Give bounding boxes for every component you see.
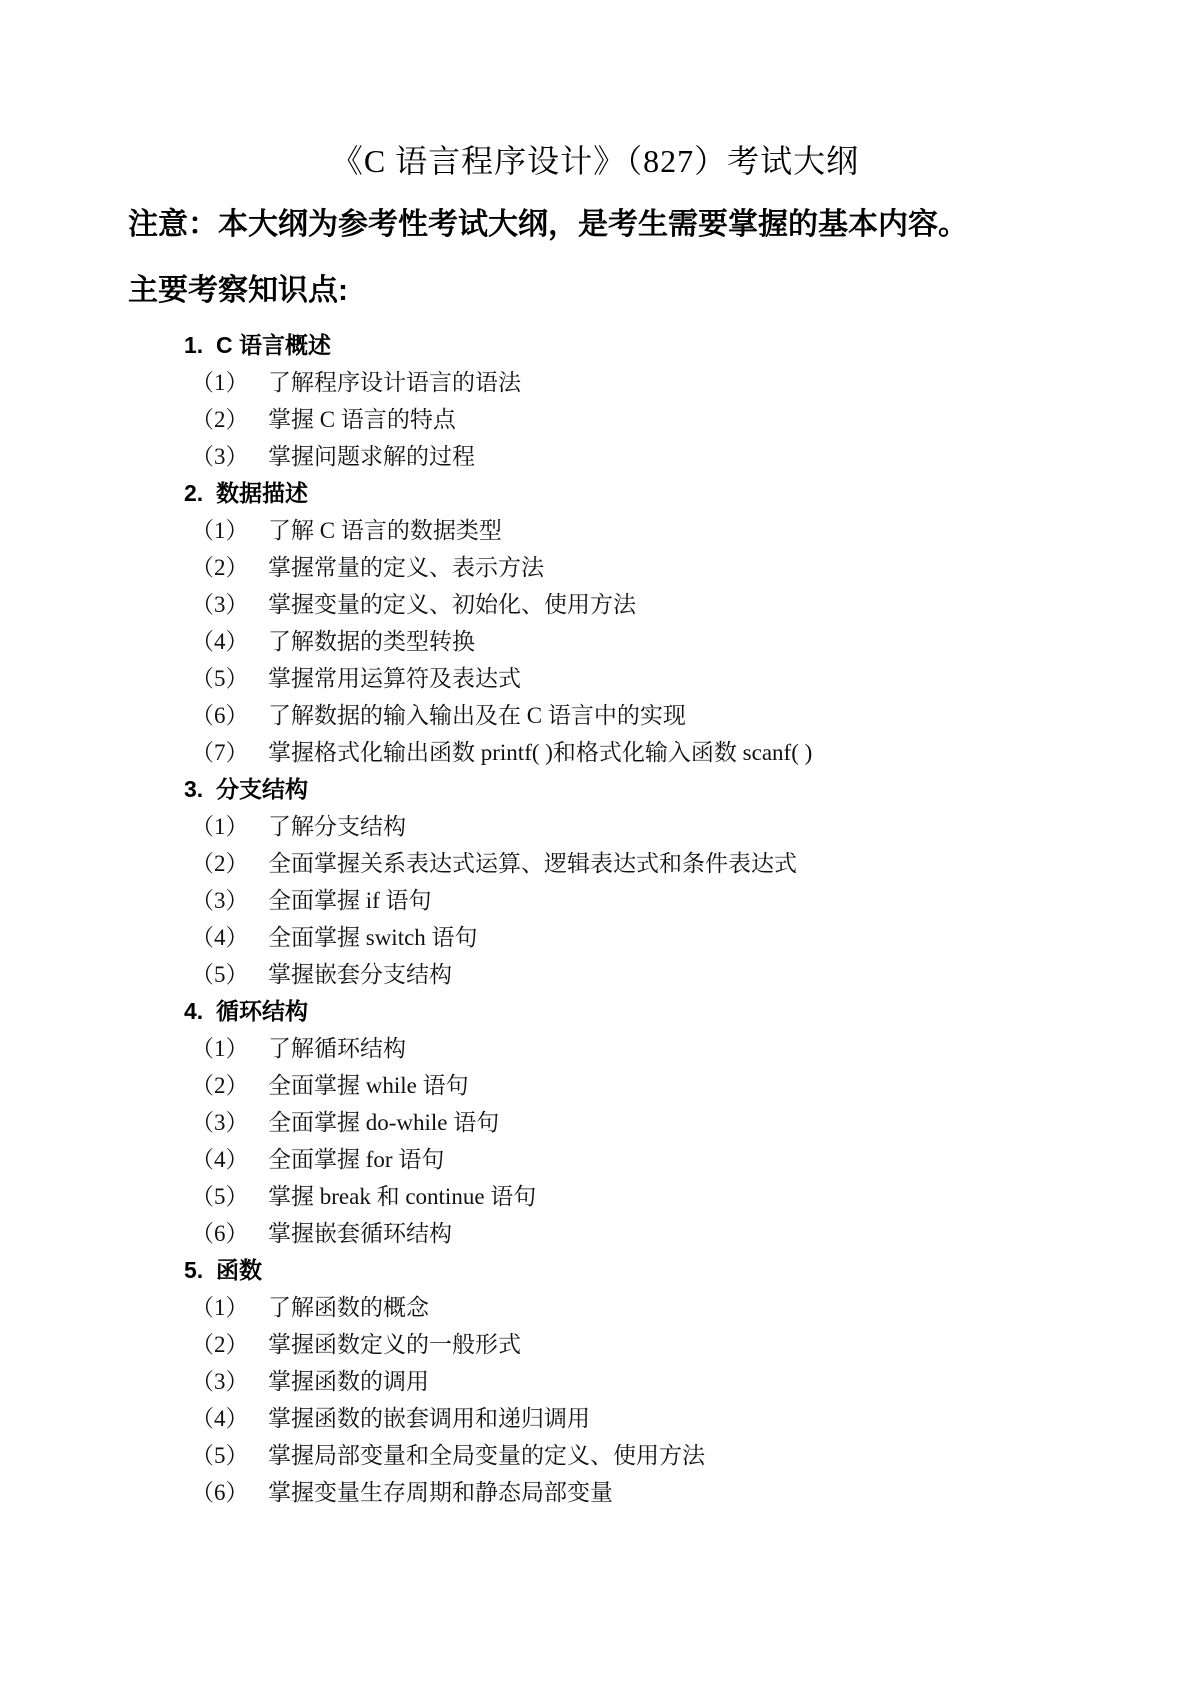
item-number: （5） bbox=[191, 1437, 268, 1474]
section-header: 2.数据描述 bbox=[184, 475, 1190, 512]
item-text: 掌握函数的嵌套调用和递归调用 bbox=[268, 1400, 590, 1437]
item-number: （6） bbox=[191, 697, 268, 734]
outline-item: （2）全面掌握关系表达式运算、逻辑表达式和条件表达式 bbox=[191, 845, 1190, 882]
notice-text: 注意：本大纲为参考性考试大纲，是考生需要掌握的基本内容。 bbox=[128, 205, 1100, 245]
item-text: 掌握嵌套分支结构 bbox=[268, 956, 452, 993]
item-text: 掌握 break 和 continue 语句 bbox=[268, 1178, 536, 1215]
outline-item: （2）掌握函数定义的一般形式 bbox=[191, 1326, 1190, 1363]
section-title: C 语言概述 bbox=[216, 327, 331, 364]
outline-item: （1）了解程序设计语言的语法 bbox=[191, 364, 1190, 401]
knowledge-points-heading: 主要考察知识点: bbox=[128, 271, 348, 311]
item-text: 掌握常量的定义、表示方法 bbox=[268, 549, 544, 586]
item-text: 掌握格式化输出函数 printf( )和格式化输入函数 scanf( ) bbox=[268, 734, 812, 771]
outline-item: （2）全面掌握 while 语句 bbox=[191, 1067, 1190, 1104]
item-text: 全面掌握 if 语句 bbox=[268, 882, 432, 919]
outline-item: （1）了解分支结构 bbox=[191, 808, 1190, 845]
section-number: 3. bbox=[184, 771, 216, 808]
page-title: 《C 语言程序设计》（827）考试大纲 bbox=[0, 138, 1190, 184]
outline-item: （3）掌握函数的调用 bbox=[191, 1363, 1190, 1400]
item-text: 掌握变量生存周期和静态局部变量 bbox=[268, 1474, 613, 1511]
section-title: 数据描述 bbox=[216, 475, 308, 512]
item-text: 掌握函数的调用 bbox=[268, 1363, 429, 1400]
item-text: 掌握嵌套循环结构 bbox=[268, 1215, 452, 1252]
outline-item: （4）掌握函数的嵌套调用和递归调用 bbox=[191, 1400, 1190, 1437]
section-number: 2. bbox=[184, 475, 216, 512]
item-number: （3） bbox=[191, 438, 268, 475]
item-text: 全面掌握 for 语句 bbox=[268, 1141, 444, 1178]
item-number: （7） bbox=[191, 734, 268, 771]
item-text: 全面掌握 do-while 语句 bbox=[268, 1104, 499, 1141]
item-text: 掌握问题求解的过程 bbox=[268, 438, 475, 475]
item-text: 了解分支结构 bbox=[268, 808, 406, 845]
item-text: 了解数据的输入输出及在 C 语言中的实现 bbox=[268, 697, 686, 734]
item-number: （1） bbox=[191, 512, 268, 549]
outline-item: （4）了解数据的类型转换 bbox=[191, 623, 1190, 660]
item-number: （1） bbox=[191, 808, 268, 845]
outline-item: （6）掌握嵌套循环结构 bbox=[191, 1215, 1190, 1252]
outline-item: （2）掌握常量的定义、表示方法 bbox=[191, 549, 1190, 586]
item-number: （2） bbox=[191, 1067, 268, 1104]
item-number: （6） bbox=[191, 1215, 268, 1252]
item-number: （3） bbox=[191, 882, 268, 919]
section-number: 1. bbox=[184, 327, 216, 364]
item-number: （1） bbox=[191, 1030, 268, 1067]
outline-item: （3）掌握问题求解的过程 bbox=[191, 438, 1190, 475]
item-text: 了解 C 语言的数据类型 bbox=[268, 512, 502, 549]
outline-item: （5）掌握 break 和 continue 语句 bbox=[191, 1178, 1190, 1215]
section-number: 4. bbox=[184, 993, 216, 1030]
outline-item: （5）掌握嵌套分支结构 bbox=[191, 956, 1190, 993]
outline-item: （3）全面掌握 do-while 语句 bbox=[191, 1104, 1190, 1141]
item-text: 全面掌握关系表达式运算、逻辑表达式和条件表达式 bbox=[268, 845, 797, 882]
item-number: （4） bbox=[191, 623, 268, 660]
section-header: 5.函数 bbox=[184, 1252, 1190, 1289]
section-header: 3.分支结构 bbox=[184, 771, 1190, 808]
item-number: （2） bbox=[191, 845, 268, 882]
outline-item: （4）全面掌握 for 语句 bbox=[191, 1141, 1190, 1178]
item-number: （2） bbox=[191, 549, 268, 586]
item-number: （5） bbox=[191, 660, 268, 697]
item-number: （5） bbox=[191, 956, 268, 993]
item-text: 全面掌握 while 语句 bbox=[268, 1067, 469, 1104]
outline-item: （4）全面掌握 switch 语句 bbox=[191, 919, 1190, 956]
outline-item: （1）了解 C 语言的数据类型 bbox=[191, 512, 1190, 549]
item-text: 了解循环结构 bbox=[268, 1030, 406, 1067]
item-text: 掌握常用运算符及表达式 bbox=[268, 660, 521, 697]
outline-item: （6）了解数据的输入输出及在 C 语言中的实现 bbox=[191, 697, 1190, 734]
section-title: 分支结构 bbox=[216, 771, 308, 808]
outline-item: （3）全面掌握 if 语句 bbox=[191, 882, 1190, 919]
item-text: 了解程序设计语言的语法 bbox=[268, 364, 521, 401]
item-number: （3） bbox=[191, 1363, 268, 1400]
section-header: 4.循环结构 bbox=[184, 993, 1190, 1030]
item-number: （6） bbox=[191, 1474, 268, 1511]
outline-item: （1）了解函数的概念 bbox=[191, 1289, 1190, 1326]
item-number: （1） bbox=[191, 364, 268, 401]
outline-item: （1）了解循环结构 bbox=[191, 1030, 1190, 1067]
item-text: 掌握函数定义的一般形式 bbox=[268, 1326, 521, 1363]
item-number: （2） bbox=[191, 1326, 268, 1363]
item-number: （4） bbox=[191, 919, 268, 956]
item-text: 掌握局部变量和全局变量的定义、使用方法 bbox=[268, 1437, 705, 1474]
item-number: （5） bbox=[191, 1178, 268, 1215]
item-number: （2） bbox=[191, 401, 268, 438]
section-title: 函数 bbox=[216, 1252, 262, 1289]
outline-item: （5）掌握局部变量和全局变量的定义、使用方法 bbox=[191, 1437, 1190, 1474]
item-text: 了解数据的类型转换 bbox=[268, 623, 475, 660]
document-page: 《C 语言程序设计》（827）考试大纲 注意：本大纲为参考性考试大纲，是考生需要… bbox=[0, 0, 1190, 1683]
item-number: （3） bbox=[191, 586, 268, 623]
outline-item: （2）掌握 C 语言的特点 bbox=[191, 401, 1190, 438]
outline-item: （6）掌握变量生存周期和静态局部变量 bbox=[191, 1474, 1190, 1511]
item-number: （4） bbox=[191, 1400, 268, 1437]
item-number: （1） bbox=[191, 1289, 268, 1326]
item-text: 掌握变量的定义、初始化、使用方法 bbox=[268, 586, 636, 623]
outline-item: （7）掌握格式化输出函数 printf( )和格式化输入函数 scanf( ) bbox=[191, 734, 1190, 771]
item-number: （3） bbox=[191, 1104, 268, 1141]
section-number: 5. bbox=[184, 1252, 216, 1289]
outline-list: 1.C 语言概述（1）了解程序设计语言的语法（2）掌握 C 语言的特点（3）掌握… bbox=[0, 327, 1190, 1511]
item-text: 了解函数的概念 bbox=[268, 1289, 429, 1326]
section-header: 1.C 语言概述 bbox=[184, 327, 1190, 364]
outline-item: （3）掌握变量的定义、初始化、使用方法 bbox=[191, 586, 1190, 623]
item-text: 掌握 C 语言的特点 bbox=[268, 401, 456, 438]
outline-item: （5）掌握常用运算符及表达式 bbox=[191, 660, 1190, 697]
item-text: 全面掌握 switch 语句 bbox=[268, 919, 478, 956]
section-title: 循环结构 bbox=[216, 993, 308, 1030]
item-number: （4） bbox=[191, 1141, 268, 1178]
